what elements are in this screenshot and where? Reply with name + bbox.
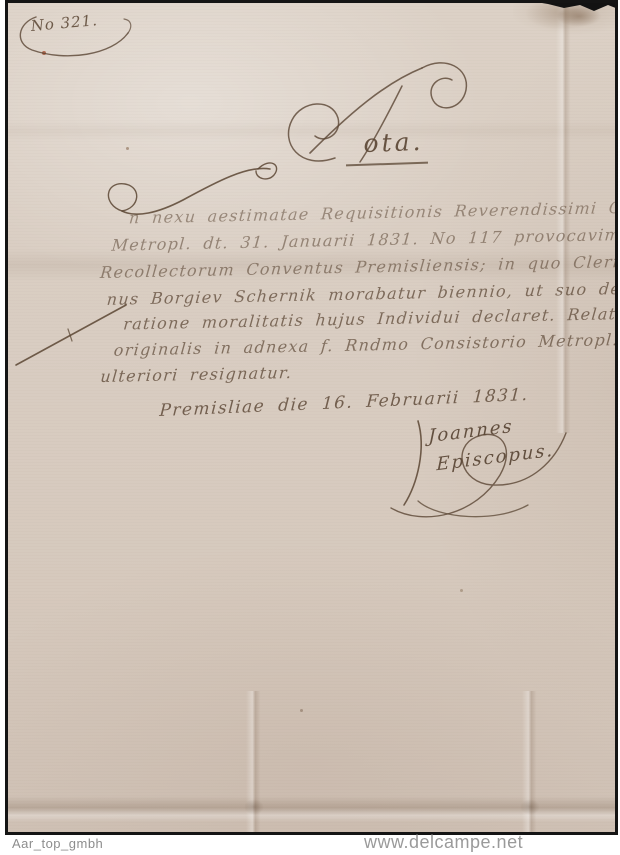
signature-title: Episcopus. — [436, 440, 554, 476]
listing-photo: No 321. ota. n nexu aestimatae Requisiti… — [0, 0, 620, 855]
watermark-strip: Aar_top_gmbh www.delcampe.net — [0, 835, 620, 855]
body-line: Recollectorum Conventus Premisliensis; i… — [99, 250, 618, 282]
body-line: Metropl. dt. 31. Januarii 1831. No 117 p… — [111, 222, 618, 255]
signature-block: Joannes Episcopus. — [376, 413, 601, 523]
seller-watermark: Aar_top_gmbh — [12, 836, 103, 851]
body-line: originalis in adnexa f. Rndmo Consistori… — [113, 329, 618, 360]
body-line: ulteriori resignatur. — [100, 363, 294, 386]
body-line: ratione moralitatis hujus Individui decl… — [123, 303, 618, 333]
delcampe-watermark: www.delcampe.net — [364, 832, 523, 853]
signature-name: Joannes — [428, 416, 514, 448]
body-line: n nexu aestimatae Requisitionis Reverend… — [128, 197, 618, 228]
body-line: nus Borgiev Schernik morabatur biennio, … — [106, 279, 618, 309]
scanned-letter: No 321. ota. n nexu aestimatae Requisiti… — [5, 0, 618, 835]
